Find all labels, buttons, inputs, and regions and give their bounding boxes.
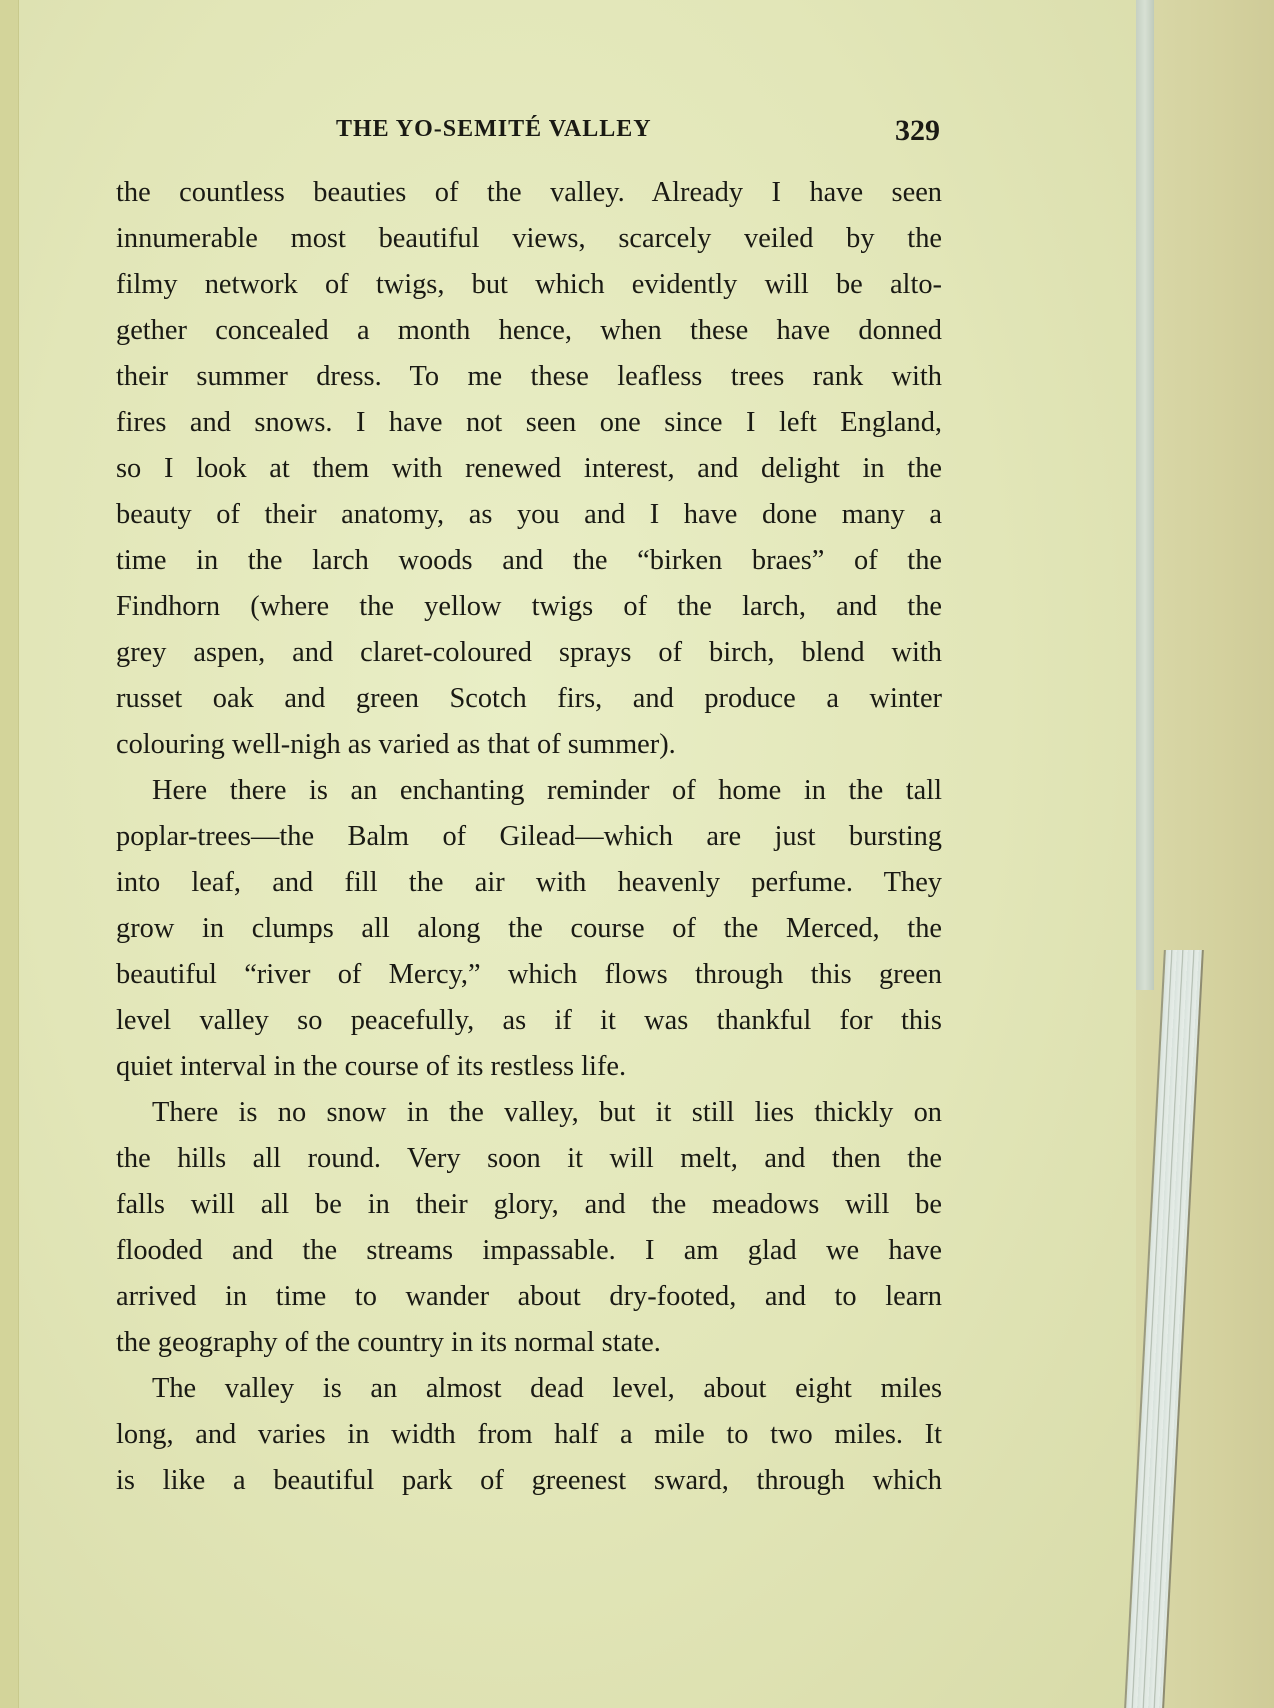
text-line: grey aspen, and claret-coloured sprays o… bbox=[116, 630, 942, 676]
text-line: The valley is an almost dead level, abou… bbox=[116, 1366, 942, 1412]
text-line: the geography of the country in its norm… bbox=[116, 1320, 942, 1366]
book-page: THE YO-SEMITÉ VALLEY 329 the countless b… bbox=[0, 0, 1136, 1708]
text-line: into leaf, and fill the air with heavenl… bbox=[116, 860, 942, 906]
text-line: arrived in time to wander about dry-foot… bbox=[116, 1274, 942, 1320]
text-line: poplar-trees—the Balm of Gilead—which ar… bbox=[116, 814, 942, 860]
text-line: fires and snows. I have not seen one sin… bbox=[116, 400, 942, 446]
text-line: innumerable most beautiful views, scarce… bbox=[116, 216, 942, 262]
text-line: time in the larch woods and the “birken … bbox=[116, 538, 942, 584]
text-line: gether concealed a month hence, when the… bbox=[116, 308, 942, 354]
text-line: beautiful “river of Mercy,” which flows … bbox=[116, 952, 942, 998]
body-text: the countless beauties of the valley. Al… bbox=[116, 170, 942, 1504]
text-line: their summer dress. To me these leafless… bbox=[116, 354, 942, 400]
text-line: grow in clumps all along the course of t… bbox=[116, 906, 942, 952]
text-line: beauty of their anatomy, as you and I ha… bbox=[116, 492, 942, 538]
running-title: THE YO-SEMITÉ VALLEY bbox=[336, 116, 652, 143]
text-line: so I look at them with renewed interest,… bbox=[116, 446, 942, 492]
text-line: colouring well-nigh as varied as that of… bbox=[116, 722, 942, 768]
paragraph: Here there is an enchanting reminder of … bbox=[116, 768, 942, 1090]
text-line: level valley so peacefully, as if it was… bbox=[116, 998, 942, 1044]
paragraph: The valley is an almost dead level, abou… bbox=[116, 1366, 942, 1504]
text-line: long, and varies in width from half a mi… bbox=[116, 1412, 942, 1458]
text-line: is like a beautiful park of greenest swa… bbox=[116, 1458, 942, 1504]
text-line: There is no snow in the valley, but it s… bbox=[116, 1090, 942, 1136]
text-line: falls will all be in their glory, and th… bbox=[116, 1182, 942, 1228]
text-line: flooded and the streams impassable. I am… bbox=[116, 1228, 942, 1274]
gutter-edge bbox=[0, 0, 19, 1708]
paragraph: the countless beauties of the valley. Al… bbox=[116, 170, 942, 768]
page-header: THE YO-SEMITÉ VALLEY 329 bbox=[118, 112, 940, 152]
text-line: Here there is an enchanting reminder of … bbox=[116, 768, 942, 814]
text-line: russet oak and green Scotch firs, and pr… bbox=[116, 676, 942, 722]
text-line: the hills all round. Very soon it will m… bbox=[116, 1136, 942, 1182]
paragraph: There is no snow in the valley, but it s… bbox=[116, 1090, 942, 1366]
text-line: Findhorn (where the yellow twigs of the … bbox=[116, 584, 942, 630]
text-line: quiet interval in the course of its rest… bbox=[116, 1044, 942, 1090]
page-number: 329 bbox=[895, 114, 940, 148]
text-line: filmy network of twigs, but which eviden… bbox=[116, 262, 942, 308]
page-fore-edge bbox=[1136, 0, 1154, 990]
text-line: the countless beauties of the valley. Al… bbox=[116, 170, 942, 216]
